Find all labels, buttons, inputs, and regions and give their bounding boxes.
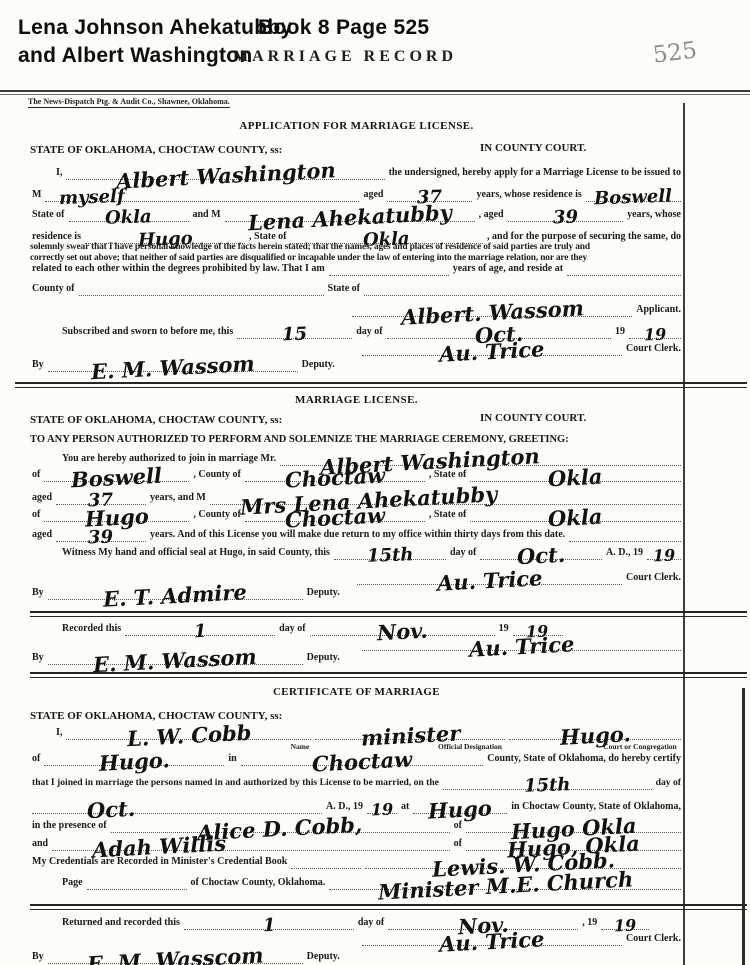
application-state-county: STATE OF OKLAHOMA, CHOCTAW COUNTY, ss: <box>30 144 282 156</box>
field-reside-at-blank <box>567 269 681 276</box>
hw-minister-title: Minister M.E. Church <box>378 876 633 895</box>
hw-issued-to: myself <box>59 194 125 202</box>
undersigned-text: the undersigned, hereby apply for a Marr… <box>387 167 683 180</box>
joined-text: that I joined in marriage the persons na… <box>30 777 441 790</box>
marriage-record-page: Lena Johnson Ahekatubby and Albert Washi… <box>0 0 750 965</box>
deputy-label: Deputy. <box>305 587 342 600</box>
field-bride-age: 39 <box>56 535 146 542</box>
field-bride-name: Lena Ahekatubby <box>225 215 475 222</box>
license-line-recorded-deputy: By E. M. Wassom Deputy. <box>30 647 683 665</box>
return-text: years. And of this License you will make… <box>148 529 567 542</box>
hw-witness-month: Oct. <box>517 552 565 561</box>
hw-congregation: Hugo. <box>560 731 631 741</box>
hw-groom-residence: Boswell <box>71 473 162 484</box>
license-in-county-court: IN COUNTY COURT. <box>480 412 586 424</box>
field-deputy-signature: E. T. Admire <box>48 593 303 600</box>
field-witness1-residence: Hugo Okla <box>466 826 681 833</box>
aged-label: aged <box>30 529 54 542</box>
field-minister-signature: Lewis. W. Cobb. <box>365 862 681 869</box>
application-line-issued-to: M myself aged 37 years, whose residence … <box>30 184 683 202</box>
field-applicant-state: Okla <box>69 215 189 222</box>
application-line-applicant: I, Albert Washington the undersigned, he… <box>30 162 683 180</box>
of-label: of <box>30 509 42 522</box>
page-title: MARRIAGE RECORD <box>180 48 510 66</box>
of-label: of <box>30 753 42 766</box>
by-label: By <box>30 951 46 964</box>
right-border-line <box>683 103 685 965</box>
field-trailing-blank <box>569 535 681 542</box>
field-marriage-day: 15th <box>443 783 652 790</box>
section-separator-3 <box>30 672 747 678</box>
hw-bride-age: 39 <box>553 215 578 222</box>
i-label: I, <box>30 167 64 180</box>
related-text: related to each other within the degrees… <box>30 251 327 276</box>
aged2-label: , aged <box>477 209 506 222</box>
certificate-heading: CERTIFICATE OF MARRIAGE <box>30 686 683 698</box>
license-heading: MARRIAGE LICENSE. <box>30 394 683 406</box>
hw-license-bride-county: Choctaw <box>285 512 385 523</box>
field-recorded-deputy-signature: E. M. Wassom <box>48 658 303 665</box>
state-of3-label: State of <box>326 283 363 296</box>
certificate-line-credentials: My Credentials are Recorded in Minister'… <box>30 851 683 869</box>
hw-minister-county: Choctaw <box>312 756 412 767</box>
hw-applicant-name: Albert Washington <box>116 167 336 184</box>
hw-groom-county: Choctaw <box>285 472 385 483</box>
application-heading: APPLICATION FOR MARRIAGE LICENSE. <box>30 120 683 132</box>
top-rule <box>0 90 750 92</box>
field-marriage-month: Oct. <box>32 807 322 814</box>
hw-recorded-deputy-signature: E. M. Wassom <box>93 654 257 669</box>
field-returned-clerk-signature: Au. Trice <box>362 939 622 946</box>
field-bride-age: 39 <box>508 215 624 222</box>
hw-bride-name: Lena Ahekatubby <box>248 210 452 227</box>
years-reside-text: years of age, and reside at <box>451 263 565 276</box>
license-state-county: STATE OF OKLAHOMA, CHOCTAW COUNTY, ss: <box>30 414 282 426</box>
county-of-label: County of <box>30 283 77 296</box>
state-of-label: , State of <box>427 509 469 522</box>
top-rule-2 <box>0 94 750 95</box>
residence-label: years, whose residence is <box>474 189 583 202</box>
field-minister-name: L. W. Cobb <box>66 733 311 740</box>
certificate-line-deputy: By E. M. Wasscom Deputy. <box>30 946 683 964</box>
field-minister-county: Choctaw <box>241 759 484 766</box>
of-label: of <box>30 469 42 482</box>
application-line-bride: State of Okla and M Lena Ahekatubby , ag… <box>30 204 683 222</box>
field-own-age-blank <box>329 269 449 276</box>
field-congregation: Hugo. <box>509 733 681 740</box>
certificate-line-clerk: Au. Trice Court Clerk. <box>30 928 683 946</box>
hw-marriage-day: 15th <box>524 782 571 790</box>
credentials-text: My Credentials are Recorded in Minister'… <box>30 856 289 869</box>
field-witness-day: 15th <box>334 553 446 560</box>
field-witness-year: 19 <box>647 553 681 560</box>
hw-license-deputy-signature: E. T. Admire <box>103 589 247 603</box>
and-m-label: and M <box>191 209 223 222</box>
ad-label: A. D., 19 <box>604 547 645 560</box>
certificate-line-joined: that I joined in marriage the persons na… <box>30 772 683 790</box>
field-bride-residence: Hugo <box>44 515 189 522</box>
hw-minister-name: L. W. Cobb <box>127 730 252 743</box>
field-witness1-name: Alice D. Cobb, <box>111 826 450 833</box>
hw-license-bride-residence: Hugo <box>85 513 149 522</box>
by-label: By <box>30 359 46 372</box>
field-minister-residence: Hugo. <box>44 759 224 766</box>
hw-minister-residence: Hugo. <box>99 757 170 767</box>
presence-label: in the presence of <box>30 820 109 833</box>
field-returned-deputy-signature: E. M. Wasscom <box>48 957 303 964</box>
hw-witness-day: 15th <box>367 552 414 560</box>
witness-text: Witness My hand and official seal at Hug… <box>60 547 332 560</box>
application-in-county-court: IN COUNTY COURT. <box>480 142 586 154</box>
license-line-groom-residence: of Boswell , County of Choctaw , State o… <box>30 464 683 482</box>
license-line-groom-age: aged 37 years, and M Mrs Lena Ahekatubby <box>30 487 683 505</box>
scan-edge-artifact <box>742 688 745 965</box>
in-label: in <box>226 753 238 766</box>
of-label: of <box>452 820 464 833</box>
years-whose-label: years, whose <box>625 209 683 222</box>
application-line-related: related to each other within the degrees… <box>30 258 683 276</box>
by-label: By <box>30 652 46 665</box>
state-of-label: , State of <box>427 469 469 482</box>
hw-returned-deputy-signature: E. M. Wasscom <box>87 952 264 965</box>
m-label: M <box>30 189 43 202</box>
hw-marriage-place: Hugo <box>428 805 492 814</box>
license-line-bride-age: aged 39 years. And of this License you w… <box>30 524 683 542</box>
application-line-deputy: By E. M. Wassom Deputy. <box>30 354 683 372</box>
field-issued-to: myself <box>45 195 359 202</box>
by-label: By <box>30 587 46 600</box>
at-label: at <box>399 801 411 814</box>
deputy-label: Deputy. <box>305 652 342 665</box>
section-separator-4 <box>30 904 747 910</box>
field-bride-state: Okla <box>470 515 681 522</box>
certificate-line-minister-residence: of Hugo. in Choctaw County, State of Okl… <box>30 748 683 766</box>
hw-license-bride-state: Okla <box>548 514 603 523</box>
field-groom-county: Choctaw <box>245 475 425 482</box>
annotation-book-page: Book 8 Page 525 <box>258 16 429 40</box>
field-groom-residence: Boswell <box>44 475 189 482</box>
license-line-witness-seal: Witness My hand and official seal at Hug… <box>60 542 683 560</box>
field-official-designation: minister <box>315 733 505 740</box>
field-state-blank <box>364 289 681 296</box>
hw-applicant-signature: Albert. Wassom <box>401 305 584 321</box>
spacer <box>30 316 350 317</box>
certificate-line-page: Page of Choctaw County, Oklahoma. Minist… <box>60 872 683 890</box>
field-applicant-residence: Boswell <box>586 195 681 202</box>
printer-credit: The News-Dispatch Ptg. & Audit Co., Shaw… <box>28 97 230 108</box>
deputy-label: Deputy. <box>300 359 337 372</box>
day-of-label: day of <box>654 777 683 790</box>
field-bride-county: Choctaw <box>245 515 425 522</box>
page-label: Page <box>60 877 85 890</box>
certify-text: County, State of Oklahoma, do hereby cer… <box>485 753 683 766</box>
license-line-bride-residence: of Hugo , County of Choctaw , State of O… <box>30 504 683 522</box>
hw-license-bride-age: 39 <box>88 535 113 542</box>
state-of-label: State of <box>30 209 67 222</box>
field-applicant-signature: Albert. Wassom <box>352 310 632 317</box>
section-separator-1 <box>15 382 747 388</box>
certificate-line-minister: I, L. W. Cobb minister Hugo. <box>30 722 683 740</box>
county-of-label: , County of <box>191 469 243 482</box>
application-line-subscribed: Subscribed and sworn to before me, this … <box>60 321 683 339</box>
county-text: of Choctaw County, Oklahoma. <box>189 877 328 890</box>
applicant-label: Applicant. <box>634 304 683 317</box>
in-county-text: in Choctaw County, State of Oklahoma, <box>509 801 683 814</box>
application-line-county-state: County of State of <box>30 278 683 296</box>
field-county-blank <box>79 289 324 296</box>
court-clerk-label: Court Clerk. <box>624 933 683 946</box>
field-minister-title: Minister M.E. Church <box>329 883 681 890</box>
annotation-names-line1: Lena Johnson Ahekatubby <box>18 16 293 40</box>
day-of-label: day of <box>448 547 478 560</box>
hw-applicant-residence: Boswell <box>594 194 672 203</box>
county-of-label: , County of <box>191 509 243 522</box>
field-marriage-year: 19 <box>367 807 397 814</box>
aged-label: aged <box>361 189 385 202</box>
of-label: of <box>452 838 464 851</box>
hw-official-designation: minister <box>361 730 461 741</box>
deputy-label: Deputy. <box>305 951 342 964</box>
hw-deputy-signature: E. M. Wassom <box>91 361 255 376</box>
i-label: I, <box>30 727 64 740</box>
hw-marriage-month: Oct. <box>87 806 135 815</box>
and-label: and <box>30 838 50 851</box>
field-applicant-name: Albert Washington <box>66 173 384 180</box>
application-line-applicant-signature: Albert. Wassom Applicant. <box>30 299 683 317</box>
certificate-line-witness1: in the presence of Alice D. Cobb, of Hug… <box>30 815 683 833</box>
section-separator-2 <box>30 611 747 617</box>
field-credential-book-blank <box>291 862 361 869</box>
page-number: 525 <box>652 37 699 68</box>
hw-groom-state: Okla <box>548 474 603 483</box>
hw-witness-year: 19 <box>653 553 675 560</box>
field-deputy-signature: E. M. Wassom <box>48 365 298 372</box>
field-page-blank <box>87 883 187 890</box>
field-witness-month: Oct. <box>480 553 602 560</box>
license-greeting: TO ANY PERSON AUTHORIZED TO PERFORM AND … <box>30 434 569 445</box>
license-line-deputy: By E. T. Admire Deputy. <box>30 582 683 600</box>
field-marriage-place: Hugo <box>413 807 507 814</box>
hw-marriage-year: 19 <box>371 807 393 814</box>
field-witness2-name: Adah Willis <box>52 844 450 851</box>
hw-applicant-state: Okla <box>105 214 152 222</box>
field-groom-state: Okla <box>470 475 681 482</box>
